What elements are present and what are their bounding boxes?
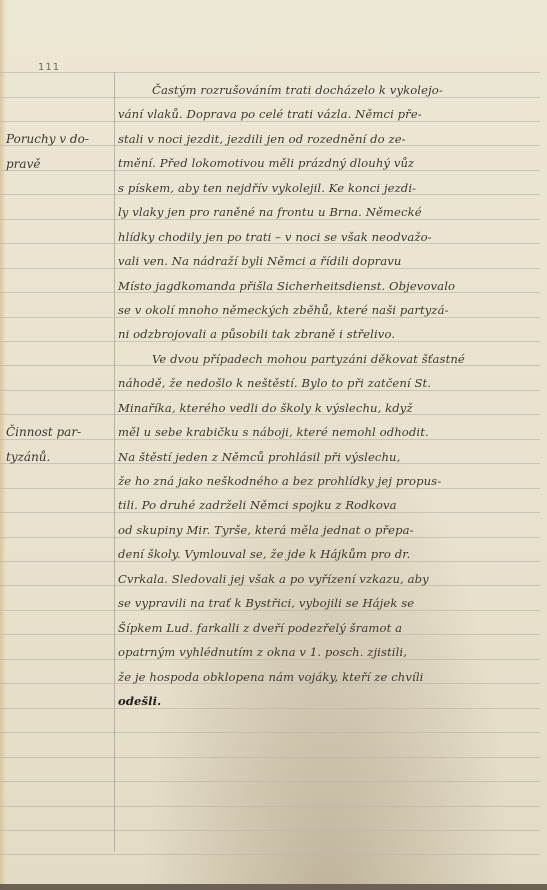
text-line: se vypravili na trať k Bystřici, vybojil… [118,591,538,615]
text-line: vali ven. Na nádraží byli Němci a řídili… [118,249,538,273]
text-line: od skupiny Mir. Tyrše, která měla jednat… [118,518,538,542]
text-line: ni odzbrojovali a působili tak zbraně i … [118,322,538,346]
ruled-line [0,830,540,831]
margin-note-cinnost: Činnost par- tyzánů. [6,420,81,469]
text-line: vání vlaků. Doprava po celé trati vázla.… [118,102,538,126]
margin-note-line: tyzánů. [6,445,81,470]
ruled-line [0,757,540,758]
text-line: se v okolí mnoho německých zběhů, které … [118,298,538,322]
manuscript-page: 111 Poruchy v do- pravě Činnost par- tyz… [0,0,547,890]
text-line: Šípkem Lud. farkalli z dveří podezřelý š… [118,616,538,640]
text-line: Ve dvou případech mohou partyzáni děkova… [118,347,538,371]
body-text: Častým rozrušováním trati docházelo k vy… [118,78,538,713]
ruled-line [0,781,540,782]
ruled-line [0,72,540,73]
text-line: náhodě, že nedošlo k neštěstí. Bylo to p… [118,371,538,395]
margin-note-line: Činnost par- [6,420,81,445]
margin-note-poruchy: Poruchy v do- pravě [6,127,89,176]
text-line: tmění. Před lokomotivou měli prázdný dlo… [118,151,538,175]
page-number: 111 [38,62,60,73]
text-line: odešli. [118,689,538,713]
margin-note-line: Poruchy v do- [6,127,89,152]
text-line: s pískem, aby ten nejdřív vykolejil. Ke … [118,176,538,200]
ruled-line [0,854,540,855]
margin-rule [114,72,115,852]
text-line: ly vlaky jen pro raněné na frontu u Brna… [118,200,538,224]
text-line: že ho zná jako neškodného a bez prohlídk… [118,469,538,493]
text-line: Místo jagdkomanda přišla Sicherheitsdien… [118,274,538,298]
text-line: opatrným vyhlédnutím z okna v 1. posch. … [118,640,538,664]
text-line: Cvrkala. Sledovali jej však a po vyřízen… [118,567,538,591]
text-line: Častým rozrušováním trati docházelo k vy… [118,78,538,102]
text-line: Na štěstí jeden z Němců prohlásil při vý… [118,445,538,469]
text-line: hlídky chodily jen po trati – v noci se … [118,225,538,249]
ruled-line [0,806,540,807]
text-line: Minaříka, kterého vedli do školy k výsle… [118,396,538,420]
text-line: že je hospoda obklopena nám vojáky, kteř… [118,665,538,689]
text-line: tili. Po druhé zadrželi Němci spojku z R… [118,493,538,517]
margin-note-line: pravě [6,152,89,177]
page-bottom-edge [0,884,547,890]
text-line: dení školy. Vymlouval se, že jde k Hájků… [118,542,538,566]
ruled-line [0,732,540,733]
text-line: stali v noci jezdit, jezdili jen od roze… [118,127,538,151]
text-line: měl u sebe krabičku s náboji, které nemo… [118,420,538,444]
